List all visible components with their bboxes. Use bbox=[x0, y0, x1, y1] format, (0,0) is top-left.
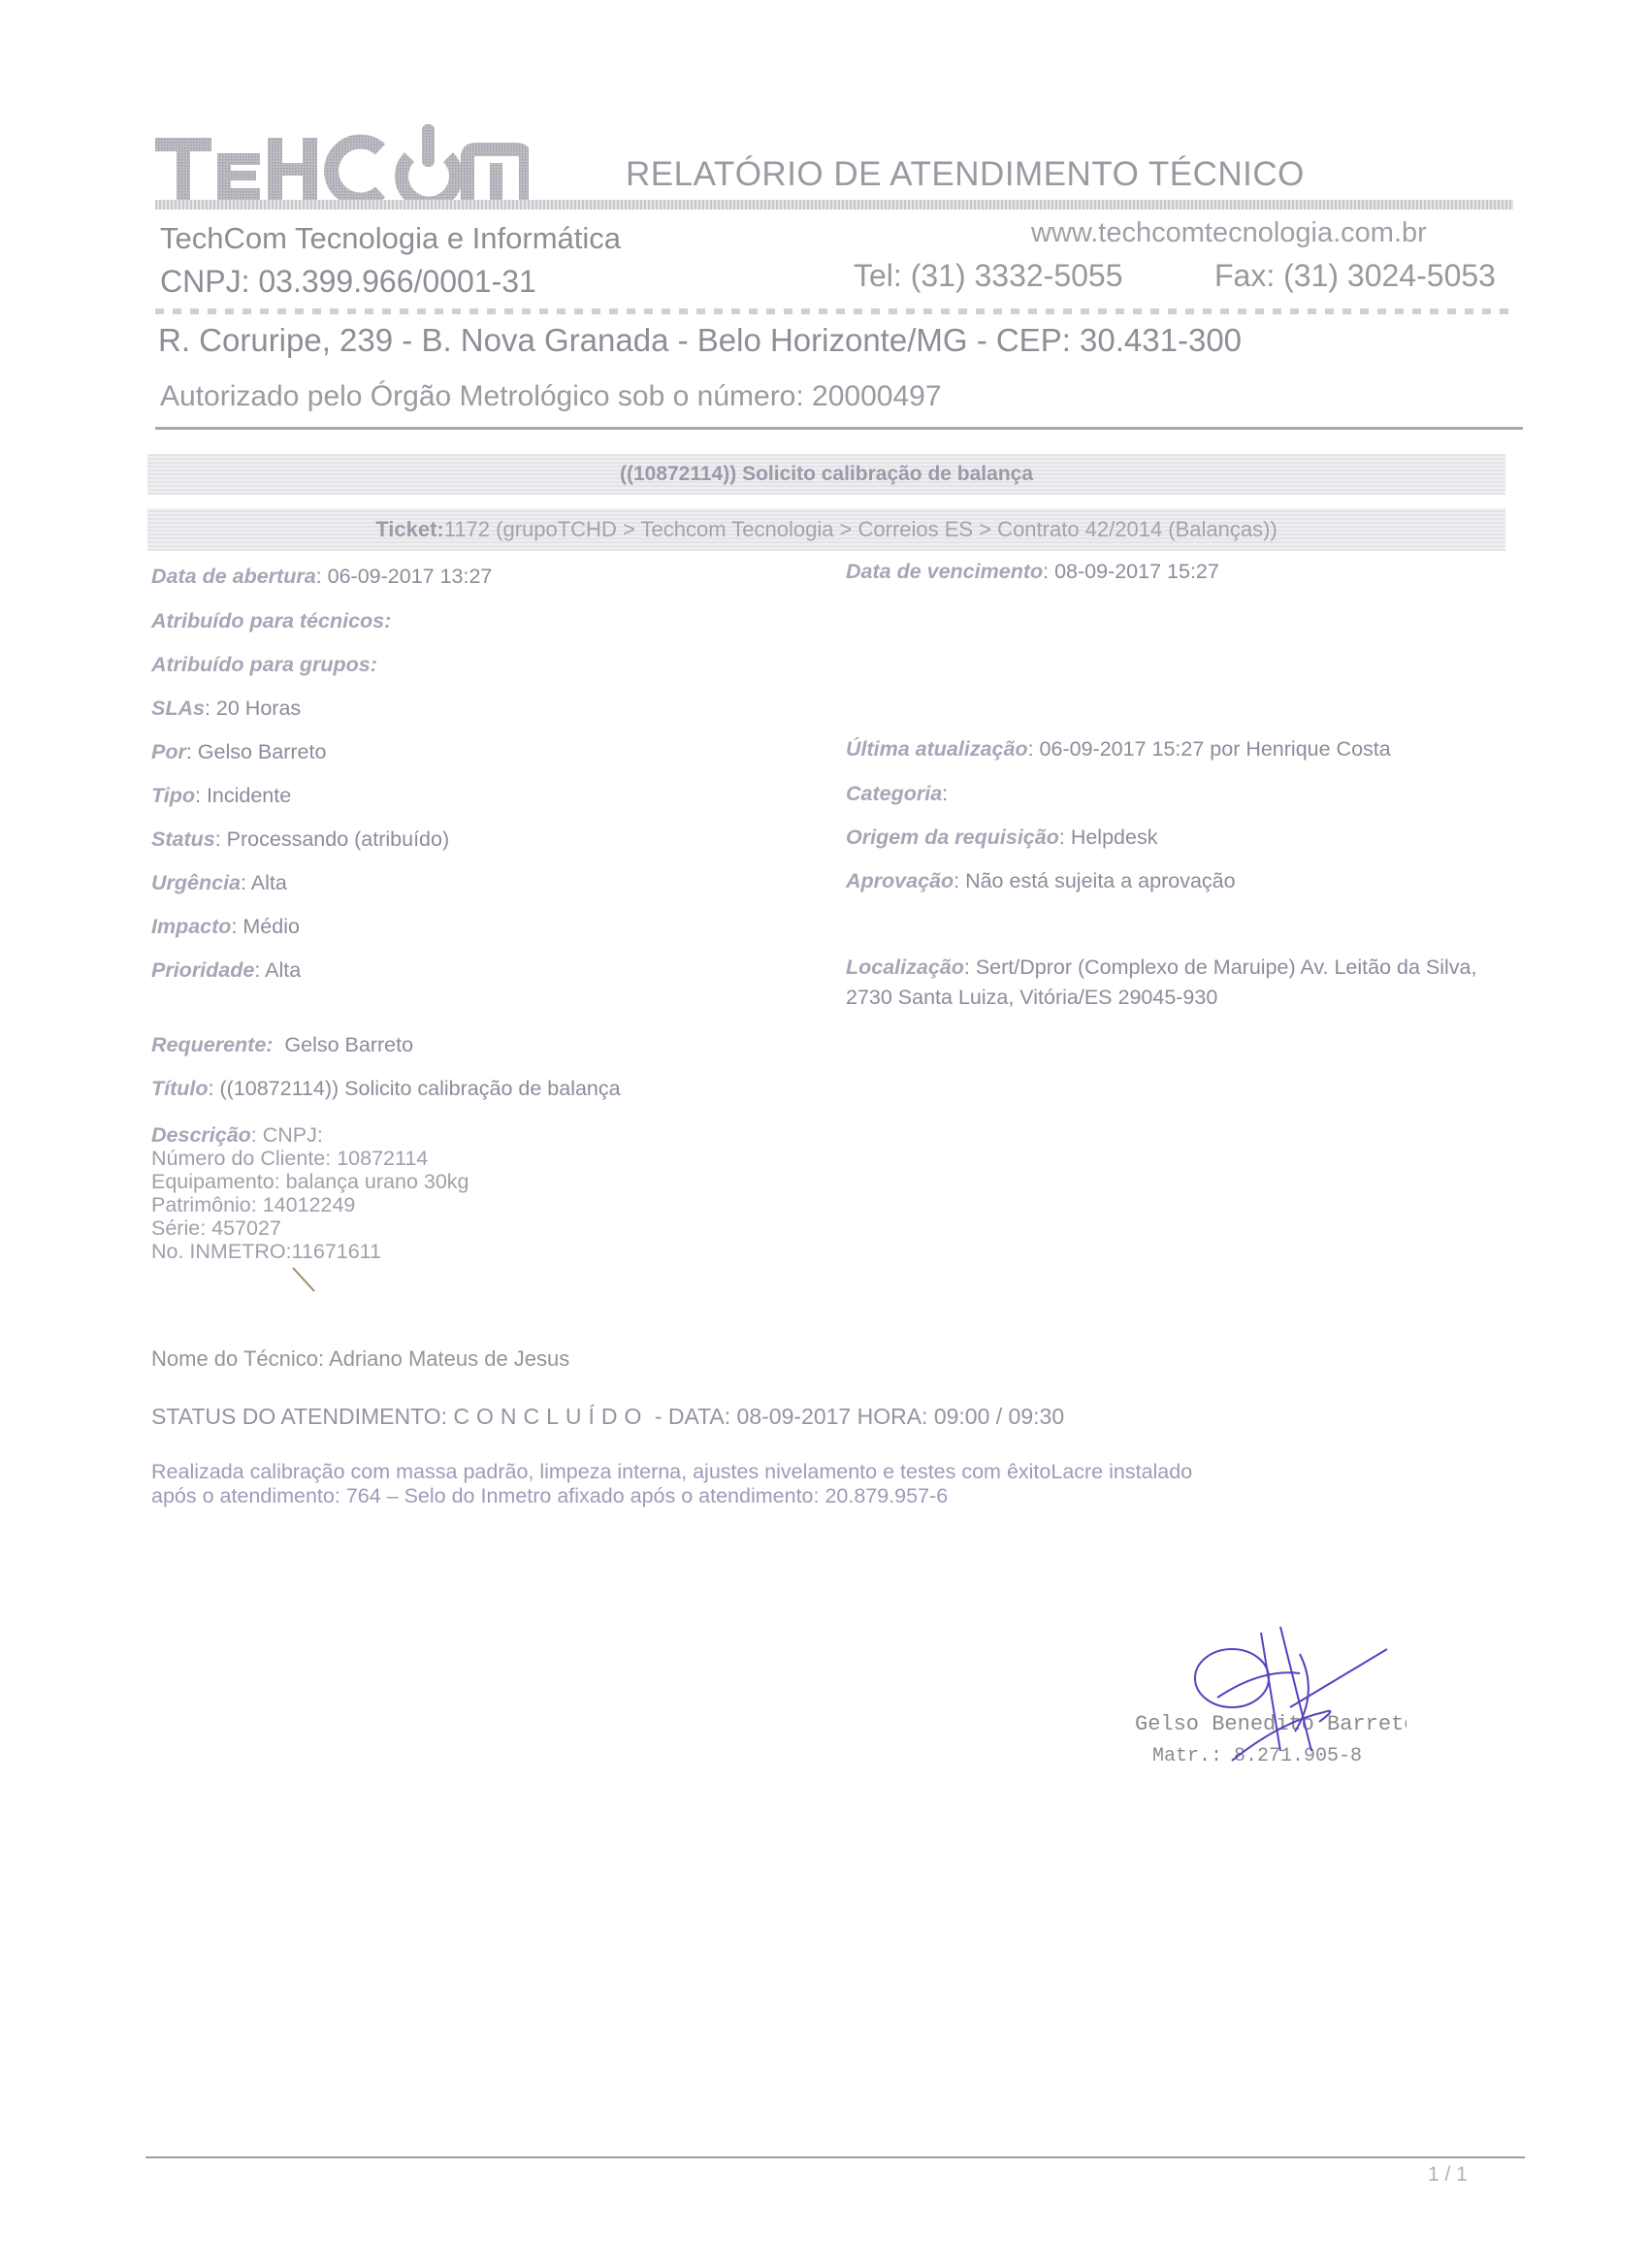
company-website: www.techcomtecnologia.com.br bbox=[1031, 217, 1427, 249]
field-row: Atribuído para técnicos: bbox=[151, 609, 391, 633]
field-label: Categoria bbox=[846, 782, 942, 805]
footer-divider bbox=[145, 2156, 1525, 2158]
service-datetime: - DATA: 08-09-2017 HORA: 09:00 / 09:30 bbox=[648, 1404, 1064, 1429]
stamp-id: Matr.: 8.271.905-8 bbox=[1152, 1745, 1362, 1767]
field-label: Status bbox=[151, 827, 215, 851]
company-address: R. Coruripe, 239 - B. Nova Granada - Bel… bbox=[158, 322, 1242, 359]
field-label: Última atualização bbox=[846, 737, 1028, 761]
field-row: Data de abertura: 06-09-2017 13:27 bbox=[151, 565, 492, 589]
field-value: Alta bbox=[265, 958, 301, 982]
field-label: Por bbox=[151, 740, 186, 763]
field-value: Helpdesk bbox=[1071, 826, 1158, 849]
field-label: Tipo bbox=[151, 784, 195, 807]
field-label: Atribuído para grupos: bbox=[151, 653, 377, 676]
field-label: Data de abertura bbox=[151, 565, 316, 588]
field-value: Gelso Barreto bbox=[198, 740, 327, 763]
company-name: TechCom Tecnologia e Informática bbox=[160, 221, 621, 256]
ticket-path: 1172 (grupoTCHD > Techcom Tecnologia > C… bbox=[444, 517, 1277, 542]
company-cnpj: CNPJ: 03.399.966/0001-31 bbox=[160, 264, 536, 300]
field-row: Categoria: bbox=[846, 782, 948, 806]
field-row: Impacto: Médio bbox=[151, 915, 300, 939]
service-status: CONCLUÍDO bbox=[453, 1404, 648, 1429]
field-value: 08-09-2017 15:27 bbox=[1054, 560, 1219, 583]
ticket-label: Ticket: bbox=[375, 517, 444, 542]
field-row: Origem da requisição: Helpdesk bbox=[846, 826, 1157, 850]
description-line: Equipamento: balança urano 30kg bbox=[151, 1170, 469, 1193]
company-phone: Tel: (31) 3332-5055 bbox=[854, 258, 1123, 294]
report-title: RELATÓRIO DE ATENDIMENTO TÉCNICO bbox=[626, 155, 1305, 194]
field-label: Urgência bbox=[151, 871, 241, 894]
field-value: 20 Horas bbox=[216, 697, 301, 720]
metrology-authorization: Autorizado pelo Órgão Metrológico sob o … bbox=[160, 380, 942, 413]
ticket-title-band: ((10872114)) Solicito calibração de bala… bbox=[147, 454, 1505, 495]
description-line: No. INMETRO:11671611 bbox=[151, 1240, 469, 1263]
company-fax: Fax: (31) 3024-5053 bbox=[1214, 258, 1496, 294]
field-row: Requerente: Gelso Barreto bbox=[151, 1033, 413, 1057]
field-location: Localização: Sert/Dpror (Complexo de Mar… bbox=[846, 953, 1505, 1013]
page-number: 1 / 1 bbox=[1428, 2163, 1468, 2187]
field-value: Não está sujeita a aprovação bbox=[965, 869, 1235, 892]
field-row: Prioridade: Alta bbox=[151, 958, 301, 983]
pen-mark-icon bbox=[291, 1266, 320, 1295]
field-value: Alta bbox=[251, 871, 287, 894]
service-notes: Realizada calibração com massa padrão, l… bbox=[151, 1460, 1192, 1508]
field-label: Requerente: bbox=[151, 1033, 273, 1056]
field-label: Descrição bbox=[151, 1123, 251, 1147]
field-value: Gelso Barreto bbox=[284, 1033, 413, 1056]
field-label: Origem da requisição bbox=[846, 826, 1059, 849]
field-value: ((10872114)) Solicito calibração de bala… bbox=[219, 1077, 620, 1100]
header-divider bbox=[155, 200, 1513, 210]
description-line: Patrimônio: 14012249 bbox=[151, 1193, 469, 1216]
technician-name: Nome do Técnico: Adriano Mateus de Jesus bbox=[151, 1346, 569, 1372]
field-label: Prioridade bbox=[151, 958, 254, 982]
field-label: SLAs bbox=[151, 697, 205, 720]
description-line: Número do Cliente: 10872114 bbox=[151, 1147, 469, 1170]
field-row: Atribuído para grupos: bbox=[151, 653, 377, 677]
dotted-divider bbox=[155, 308, 1513, 314]
field-value: CNPJ: bbox=[263, 1123, 323, 1147]
service-note-line: Realizada calibração com massa padrão, l… bbox=[151, 1460, 1192, 1484]
field-label: Impacto bbox=[151, 915, 231, 938]
handwritten-signature bbox=[1195, 1627, 1387, 1761]
field-label: Data de vencimento bbox=[846, 560, 1043, 583]
signature-stamp: Gelso Benedito Barreto Matr.: 8.271.905-… bbox=[1125, 1615, 1406, 1780]
field-description: Descrição: CNPJ: Número do Cliente: 1087… bbox=[151, 1123, 469, 1263]
service-note-line: após o atendimento: 764 – Selo do Inmetr… bbox=[151, 1484, 1192, 1508]
field-label: Aprovação bbox=[846, 869, 954, 892]
field-value: 06-09-2017 13:27 bbox=[328, 565, 493, 588]
field-row: Status: Processando (atribuído) bbox=[151, 827, 449, 852]
header-bottom-divider bbox=[155, 427, 1523, 430]
field-row: Por: Gelso Barreto bbox=[151, 740, 326, 764]
field-label: Localização bbox=[846, 956, 964, 979]
service-report-page: RELATÓRIO DE ATENDIMENTO TÉCNICO TechCom… bbox=[0, 0, 1649, 2268]
field-row: Tipo: Incidente bbox=[151, 784, 291, 808]
field-row: SLAs: 20 Horas bbox=[151, 697, 301, 721]
ticket-id: ((10872114)) bbox=[620, 463, 736, 486]
field-label: Atribuído para técnicos: bbox=[151, 609, 391, 632]
field-row: Urgência: Alta bbox=[151, 871, 287, 895]
field-label: Título bbox=[151, 1077, 209, 1100]
field-row: Aprovação: Não está sujeita a aprovação bbox=[846, 869, 1236, 893]
service-status-line: STATUS DO ATENDIMENTO: CONCLUÍDO - DATA:… bbox=[151, 1404, 1064, 1430]
techcom-logo bbox=[155, 124, 529, 202]
field-row: Última atualização: 06-09-2017 15:27 por… bbox=[846, 737, 1391, 761]
description-line: Série: 457027 bbox=[151, 1216, 469, 1240]
field-value: Processando (atribuído) bbox=[227, 827, 449, 851]
ticket-subject: Solicito calibração de balança bbox=[742, 463, 1033, 486]
field-value: Incidente bbox=[207, 784, 291, 807]
field-value: 06-09-2017 15:27 por Henrique Costa bbox=[1040, 737, 1391, 761]
field-row: Título: ((10872114)) Solicito calibração… bbox=[151, 1077, 621, 1101]
field-value: Médio bbox=[242, 915, 300, 938]
ticket-path-band: Ticket: 1172 (grupoTCHD > Techcom Tecnol… bbox=[147, 508, 1505, 551]
field-row: Data de vencimento: 08-09-2017 15:27 bbox=[846, 560, 1219, 584]
